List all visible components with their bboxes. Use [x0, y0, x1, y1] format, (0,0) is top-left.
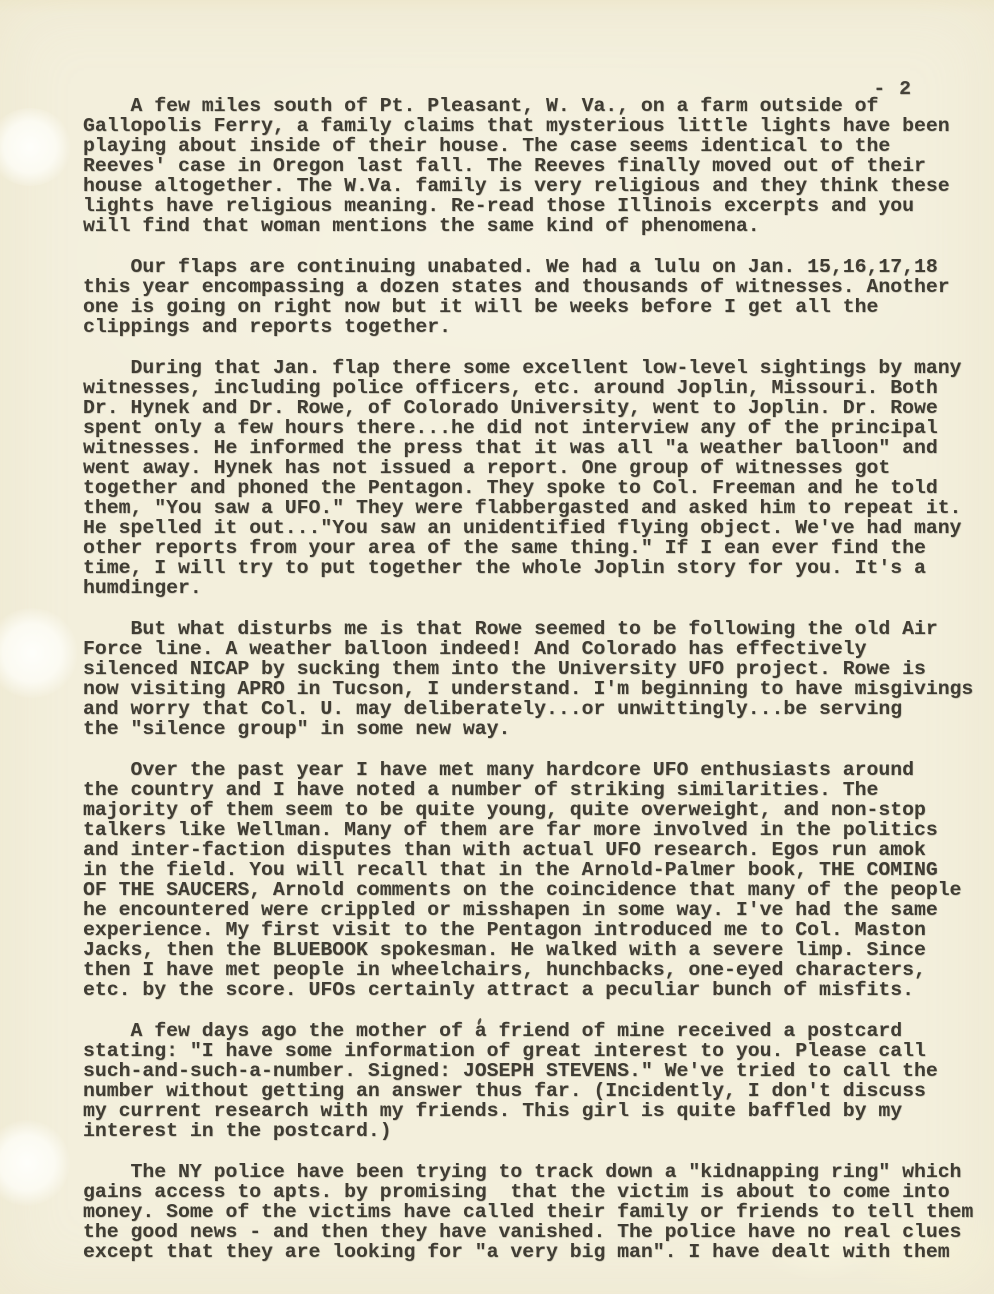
paragraph-lights-pt-pleasant: A few miles south of Pt. Pleasant, W. Va… [83, 96, 994, 236]
paragraph-ufo-enthusiasts: Over the past year I have met many hardc… [83, 760, 994, 1000]
paragraph-ny-police: The NY police have been trying to track … [83, 1162, 994, 1262]
paragraph-joplin-sightings: During that Jan. flap there some excelle… [83, 358, 994, 598]
paragraph-postcard: A few days ago the mother of a friend of… [83, 1021, 994, 1141]
paragraph-flaps-unabated: Our flaps are continuing unabated. We ha… [83, 257, 994, 337]
paragraph-rowe-air-force: But what disturbs me is that Rowe seemed… [83, 619, 994, 739]
letter-body: A few miles south of Pt. Pleasant, W. Va… [83, 96, 994, 1283]
